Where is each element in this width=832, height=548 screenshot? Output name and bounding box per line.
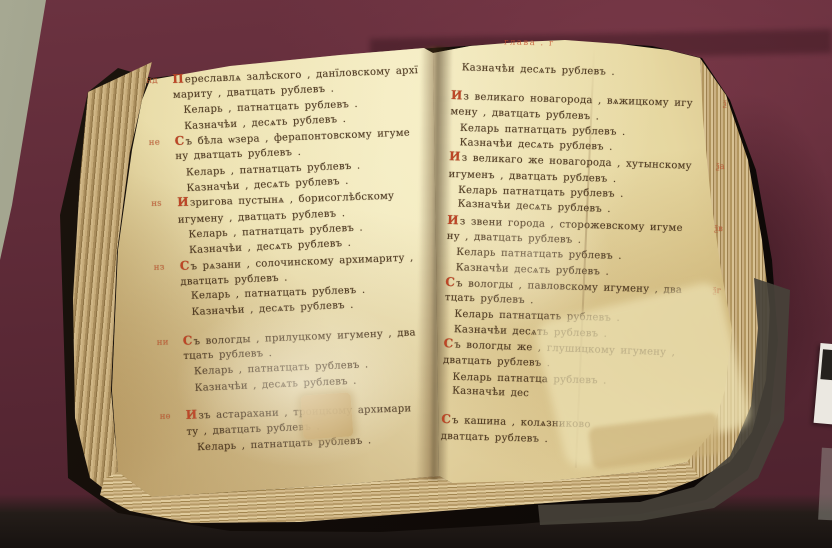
chapter-rubric: глава . г <box>504 37 555 48</box>
museum-photo-scene: глава . г ндПереславлѧ залѣского , данїл… <box>0 0 832 548</box>
line-text: дватцать рублевъ . <box>441 430 549 444</box>
rubricated-initial: П <box>172 71 185 85</box>
rubricated-initial: С <box>179 258 190 272</box>
margin-numeral: ѯв <box>714 222 723 238</box>
line-text: мену , дватцать рублевъ . <box>450 106 599 122</box>
rubricated-initial: И <box>177 195 190 209</box>
flash-glare-right <box>440 180 620 340</box>
flash-glare-left <box>165 290 435 475</box>
margin-numeral: не <box>149 136 161 152</box>
line-text: Казначѣи десѧть рублевъ . <box>462 62 615 78</box>
margin-numeral: ѯа <box>716 160 725 176</box>
margin-numeral: нѕ <box>151 197 162 213</box>
line-text: дватцать рублевъ . <box>443 355 551 369</box>
margin-numeral: ѯ <box>723 97 727 112</box>
museum-label-edge <box>818 448 832 521</box>
rubricated-initial: И <box>451 88 464 102</box>
line-text: Казначѣи дес <box>452 385 529 399</box>
rubricated-initial: С <box>441 412 452 426</box>
rubricated-initial: С <box>174 134 185 148</box>
line-text: ну дватцать рублевъ . <box>175 147 301 162</box>
rubricated-initial: И <box>449 150 462 164</box>
museum-label-image <box>820 349 832 381</box>
margin-numeral: нз <box>154 260 165 276</box>
margin-numeral: нд <box>146 74 158 90</box>
